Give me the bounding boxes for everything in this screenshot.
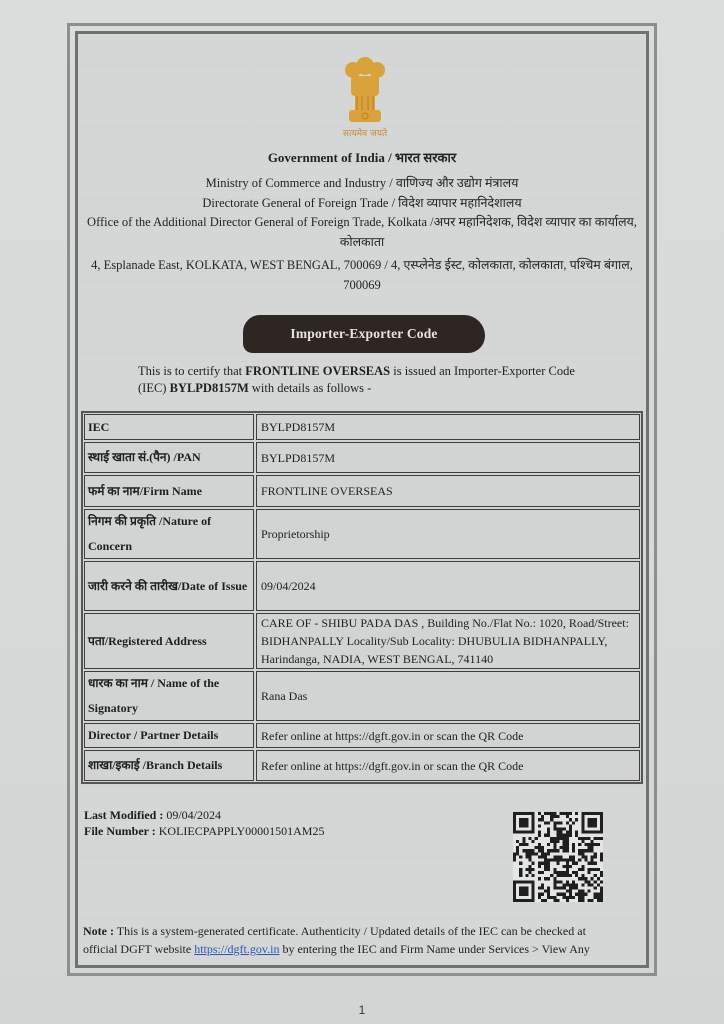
office-address: 4, Esplanade East, KOLKATA, WEST BENGAL,… bbox=[78, 257, 646, 273]
row-value: Refer online at https://dgft.gov.in or s… bbox=[256, 750, 640, 781]
title-badge: Importer-Exporter Code bbox=[243, 315, 485, 353]
row-value: FRONTLINE OVERSEAS bbox=[256, 475, 640, 507]
row-value: Refer online at https://dgft.gov.in or s… bbox=[256, 723, 640, 748]
government-title: Government of India / भारत सरकार bbox=[78, 150, 646, 166]
certify-iec: BYLPD8157M bbox=[170, 381, 249, 395]
details-table: IEC BYLPD8157M स्थाई खाता सं.(पैन) /PAN … bbox=[81, 411, 643, 784]
ministry-line: Ministry of Commerce and Industry / वाणि… bbox=[78, 175, 646, 191]
last-modified-value: 09/04/2024 bbox=[163, 808, 221, 822]
directorate-line: Directorate General of Foreign Trade / व… bbox=[78, 195, 646, 211]
row-label: स्थाई खाता सं.(पैन) /PAN bbox=[84, 442, 254, 473]
svg-text:सत्यमेव जयते: सत्यमेव जयते bbox=[343, 127, 388, 139]
document-meta: Last Modified : 09/04/2024 File Number :… bbox=[84, 807, 324, 839]
note-label: Note : bbox=[83, 924, 114, 938]
certify-firm: FRONTLINE OVERSEAS bbox=[245, 364, 390, 378]
certify-suffix: with details as follows - bbox=[249, 381, 372, 395]
table-row: जारी करने की तारीख/Date of Issue 09/04/2… bbox=[83, 560, 641, 612]
row-value: BYLPD8157M bbox=[256, 414, 640, 440]
office-address-pin: 700069 bbox=[78, 277, 646, 293]
page-number: 1 bbox=[0, 1003, 724, 1017]
file-number-value: KOLIECPAPPLY00001501AM25 bbox=[156, 824, 325, 838]
row-label: धारक का नाम / Name of the Signatory bbox=[84, 671, 254, 721]
row-value: Proprietorship bbox=[256, 509, 640, 559]
dgft-website-link[interactable]: https://dgft.gov.in bbox=[194, 942, 279, 956]
office-line: Office of the Additional Director Genera… bbox=[78, 214, 646, 230]
last-modified-label: Last Modified : bbox=[84, 808, 163, 822]
certify-prefix: This is to certify that bbox=[138, 364, 245, 378]
office-city: कोलकाता bbox=[78, 234, 646, 250]
row-label: निगम की प्रकृति /Nature of Concern bbox=[84, 509, 254, 559]
table-row: स्थाई खाता सं.(पैन) /PAN BYLPD8157M bbox=[83, 441, 641, 474]
table-row: धारक का नाम / Name of the Signatory Rana… bbox=[83, 670, 641, 722]
row-label: पता/Registered Address bbox=[84, 613, 254, 669]
row-value: BYLPD8157M bbox=[256, 442, 640, 473]
row-value: Rana Das bbox=[256, 671, 640, 721]
national-emblem-icon: सत्यमेव जयते bbox=[337, 52, 393, 140]
row-label: जारी करने की तारीख/Date of Issue bbox=[84, 561, 254, 611]
table-row: निगम की प्रकृति /Nature of Concern Propr… bbox=[83, 508, 641, 560]
last-modified: Last Modified : 09/04/2024 bbox=[84, 807, 324, 823]
note-body-end: by entering the IEC and Firm Name under … bbox=[279, 942, 589, 956]
table-row: शाखा/इकाई /Branch Details Refer online a… bbox=[83, 749, 641, 782]
row-label: Director / Partner Details bbox=[84, 723, 254, 748]
table-row: फर्म का नाम/Firm Name FRONTLINE OVERSEAS bbox=[83, 474, 641, 508]
certification-text: This is to certify that FRONTLINE OVERSE… bbox=[138, 363, 598, 397]
row-value: 09/04/2024 bbox=[256, 561, 640, 611]
qr-code-icon[interactable] bbox=[513, 812, 603, 902]
file-number: File Number : KOLIECPAPPLY00001501AM25 bbox=[84, 823, 324, 839]
table-row: पता/Registered Address CARE OF - SHIBU P… bbox=[83, 612, 641, 670]
row-label: IEC bbox=[84, 414, 254, 440]
row-label: शाखा/इकाई /Branch Details bbox=[84, 750, 254, 781]
row-value: CARE OF - SHIBU PADA DAS , Building No./… bbox=[256, 613, 640, 669]
table-row: IEC BYLPD8157M bbox=[83, 413, 641, 441]
file-number-label: File Number : bbox=[84, 824, 156, 838]
row-label: फर्म का नाम/Firm Name bbox=[84, 475, 254, 507]
note-text: Note : This is a system-generated certif… bbox=[83, 922, 623, 958]
table-row: Director / Partner Details Refer online … bbox=[83, 722, 641, 749]
